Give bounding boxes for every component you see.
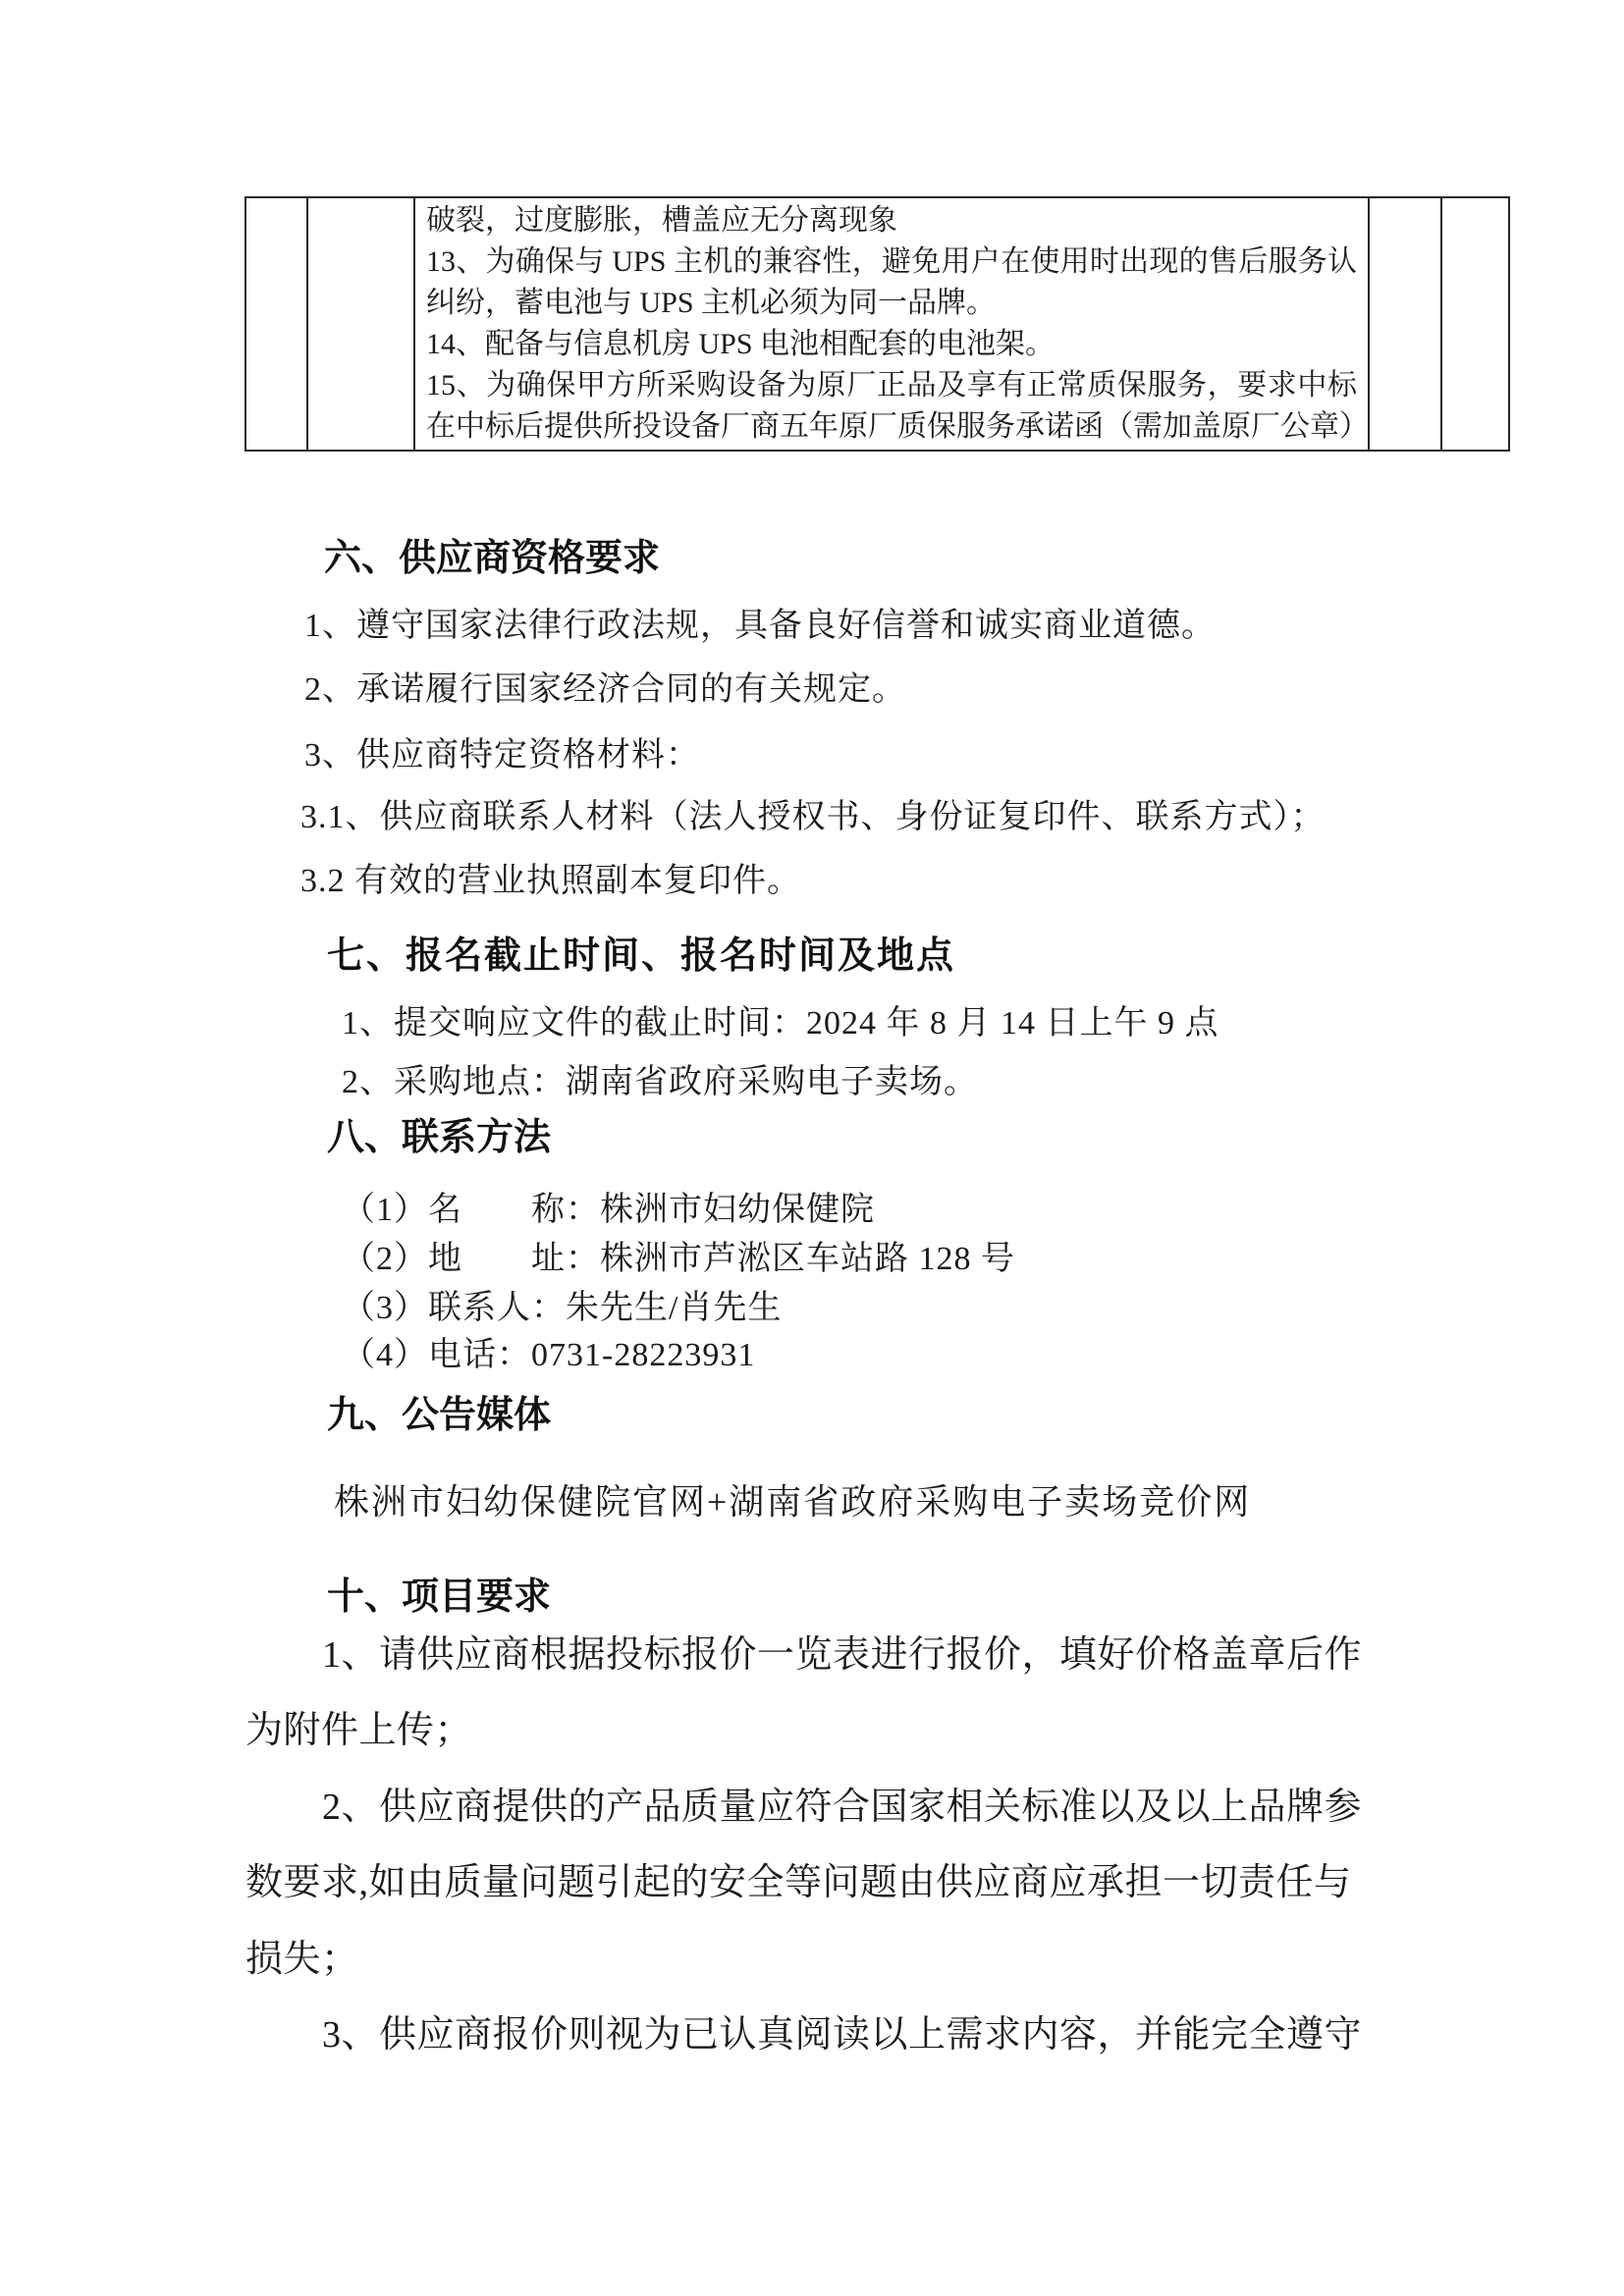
section-eight-item-phone: （4）电话：0731-28223931 bbox=[342, 1334, 755, 1377]
section-six-item-1: 1、遵守国家法律行政法规，具备良好信誉和诚实商业道德。 bbox=[304, 605, 1216, 648]
section-seven-item-2: 2、采购地点：湖南省政府采购电子卖场。 bbox=[342, 1061, 978, 1104]
section-six-item-3: 3、供应商特定资格材料： bbox=[304, 734, 700, 777]
section-eight-item-name: （1）名 称：株洲市妇幼保健院 bbox=[342, 1189, 875, 1232]
section-ten-paragraph-2-line-2: 数要求,如由质量问题引起的安全等问题由供应商应承担一切责任与 bbox=[245, 1859, 1352, 1906]
spec-line: 纠纷，蓄电池与 UPS 主机必须为同一品牌。 bbox=[426, 283, 1357, 324]
section-ten-paragraph-1-line-1: 1、请供应商根据投标报价一览表进行报价，填好价格盖章后作 bbox=[245, 1631, 1362, 1679]
section-eight-item-address: （2）地 址：株洲市芦淞区车站路 128 号 bbox=[342, 1238, 1015, 1281]
spec-table-col-empty-1 bbox=[246, 198, 308, 450]
section-six-item-3-1: 3.1、供应商联系人材料（法人授权书、身份证复印件、联系方式）； bbox=[300, 796, 1326, 839]
spec-line: 15、为确保甲方所采购设备为原厂正品及享有正常质保服务，要求中标商 bbox=[426, 365, 1357, 406]
spec-line: 在中标后提供所投设备厂商五年原厂质保服务承诺函（需加盖原厂公章） bbox=[426, 406, 1357, 448]
section-six-item-3-2: 3.2 有效的营业执照副本复印件。 bbox=[300, 860, 801, 903]
section-ten-paragraph-2-line-1: 2、供应商提供的产品质量应符合国家相关标准以及以上品牌参 bbox=[245, 1784, 1362, 1831]
spec-line: 破裂，过度膨胀，槽盖应无分离现象 bbox=[426, 200, 1357, 241]
section-ten-paragraph-2-line-3: 损失； bbox=[245, 1936, 359, 1983]
spec-table-col-empty-3 bbox=[1370, 198, 1442, 450]
section-ten-paragraph-1-line-2: 为附件上传； bbox=[245, 1707, 472, 1754]
section-ten-paragraph-3-line-1: 3、供应商报价则视为已认真阅读以上需求内容，并能完全遵守 bbox=[245, 2011, 1362, 2058]
spec-table-col-empty-2 bbox=[308, 198, 415, 450]
spec-table-col-empty-4 bbox=[1442, 198, 1508, 450]
spec-line: 14、配备与信息机房 UPS 电池相配套的电池架。 bbox=[426, 324, 1357, 365]
section-nine-content: 株洲市妇幼保健院官网+湖南省政府采购电子卖场竞价网 bbox=[334, 1480, 1251, 1523]
section-ten-heading: 十、项目要求 bbox=[327, 1575, 551, 1620]
section-seven-heading: 七、报名截止时间、报名时间及地点 bbox=[327, 934, 955, 979]
spec-table-requirements-cell: 破裂，过度膨胀，槽盖应无分离现象 13、为确保与 UPS 主机的兼容性，避免用户… bbox=[415, 198, 1370, 450]
section-seven-item-1: 1、提交响应文件的截止时间：2024 年 8 月 14 日上午 9 点 bbox=[342, 1002, 1219, 1045]
section-six-heading: 六、供应商资格要求 bbox=[324, 536, 660, 581]
spec-line: 13、为确保与 UPS 主机的兼容性，避免用户在使用时出现的售后服务认定 bbox=[426, 241, 1357, 283]
section-nine-heading: 九、公告媒体 bbox=[327, 1393, 551, 1438]
section-eight-item-contact-person: （3）联系人：朱先生/肖先生 bbox=[342, 1287, 782, 1330]
document-page: 破裂，过度膨胀，槽盖应无分离现象 13、为确保与 UPS 主机的兼容性，避免用户… bbox=[0, 0, 1624, 2296]
spec-table: 破裂，过度膨胀，槽盖应无分离现象 13、为确保与 UPS 主机的兼容性，避免用户… bbox=[244, 196, 1510, 452]
section-eight-heading: 八、联系方法 bbox=[327, 1115, 551, 1160]
section-six-item-2: 2、承诺履行国家经济合同的有关规定。 bbox=[304, 668, 906, 712]
